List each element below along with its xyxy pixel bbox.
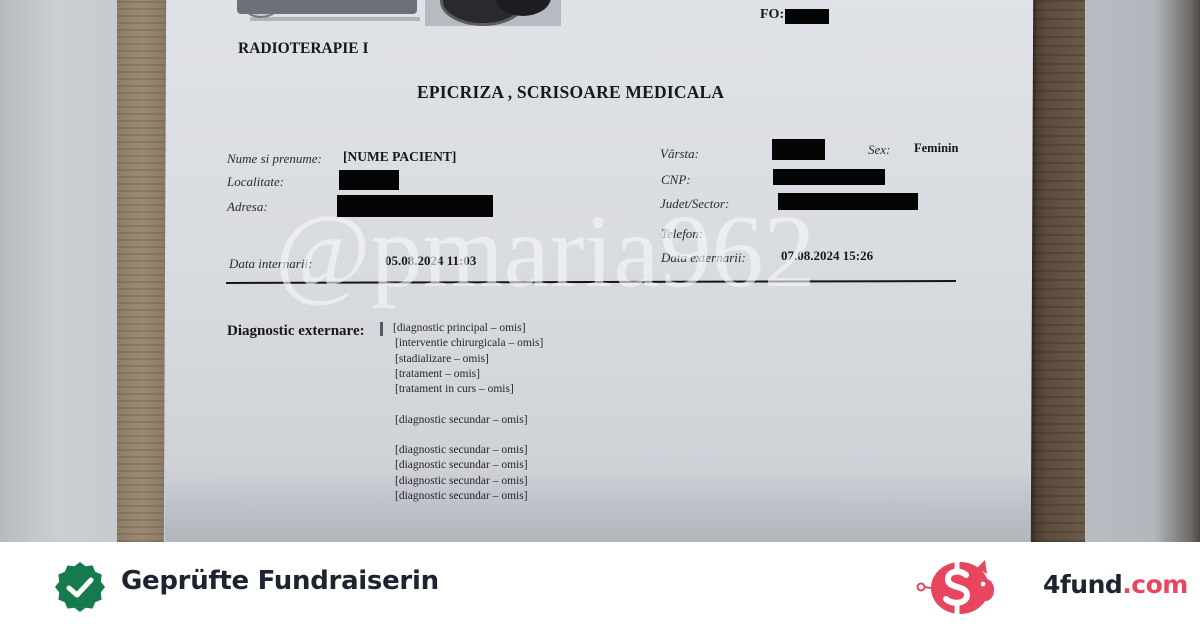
wooden-surface-left	[117, 0, 167, 542]
hospital-logo-caption	[250, 17, 420, 21]
username-watermark: @pmaria962	[275, 192, 816, 311]
department-heading: RADIOTERAPIE I	[238, 40, 368, 58]
diagnosis-line: [diagnostic secundar – omis]	[395, 444, 528, 456]
hospital-logo-banner	[237, 0, 417, 14]
footer-bar: Geprüfte Fundraiserin 4fund.com	[0, 542, 1200, 630]
fo-label: FO:	[760, 7, 784, 23]
pen-mark	[380, 322, 383, 336]
brand-name-tld: .com	[1122, 570, 1188, 599]
name-value: [NUME PACIENT]	[343, 149, 456, 165]
background-blur-right	[1085, 0, 1200, 542]
diagnosis-line: [diagnostic secundar – omis]	[395, 475, 528, 487]
document-photo: FO: RADIOTERAPIE I EPICRIZA , SCRISOARE …	[0, 0, 1200, 542]
redacted-fo-number	[785, 9, 829, 24]
diagnosis-label: Diagnostic externare:	[227, 323, 365, 340]
brand-name-main: 4fund	[1043, 570, 1122, 599]
background-blur-left	[0, 0, 117, 542]
piggy-bank-dollar-icon	[915, 558, 1027, 616]
verified-fundraiser-label: Geprüfte Fundraiserin	[121, 566, 439, 596]
diagnosis-line: [tratament – omis]	[395, 368, 480, 380]
age-label: Vârsta:	[660, 146, 699, 162]
cnp-label: CNP:	[661, 172, 691, 188]
redacted-locality	[339, 170, 399, 190]
paper-fold-shadow	[165, 470, 1032, 542]
verified-check-badge-icon	[54, 561, 106, 613]
diagnosis-line: [stadializare – omis]	[395, 353, 489, 365]
document-title: EPICRIZA , SCRISOARE MEDICALA	[417, 82, 724, 103]
locality-label: Localitate:	[227, 174, 284, 190]
diagnosis-line: [interventie chirurgicala – omis]	[395, 337, 543, 349]
redacted-age	[772, 139, 825, 160]
redacted-cnp	[773, 169, 885, 185]
name-label: Nume si prenume:	[227, 151, 322, 167]
diagnosis-line: [diagnostic secundar – omis]	[395, 414, 528, 426]
address-label: Adresa:	[227, 199, 268, 215]
sex-value: Feminin	[914, 141, 958, 156]
brand-logo-link[interactable]: 4fund.com	[915, 558, 1165, 616]
brand-name: 4fund.com	[1043, 570, 1188, 599]
sex-label: Sex:	[868, 142, 890, 158]
diagnosis-line: [diagnostic secundar – omis]	[395, 459, 528, 471]
diagnosis-line: [diagnostic secundar – omis]	[395, 490, 528, 502]
wooden-surface-right	[1025, 0, 1085, 542]
diagnosis-line: [tratament in curs – omis]	[395, 383, 514, 395]
diagnosis-line: [diagnostic principal – omis]	[393, 322, 526, 334]
